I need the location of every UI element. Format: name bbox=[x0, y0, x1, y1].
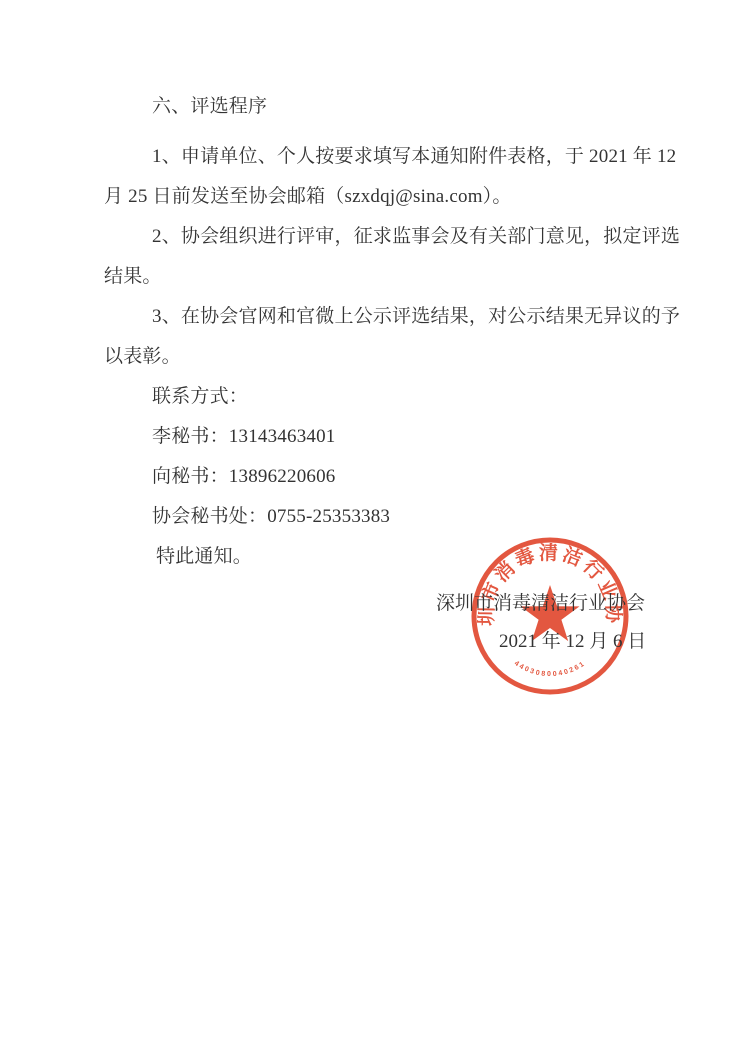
paragraph-2-line-1: 2、协会组织进行评审，征求监事会及有关部门意见，拟定评选 bbox=[104, 217, 664, 257]
document-body: 六、评选程序 1、申请单位、个人按要求填写本通知附件表格，于 2021 年 12… bbox=[104, 87, 664, 577]
document-page: 六、评选程序 1、申请单位、个人按要求填写本通知附件表格，于 2021 年 12… bbox=[0, 0, 750, 1060]
signature-organization: 深圳市消毒清洁行业协会 bbox=[436, 593, 645, 615]
signature-date: 2021 年 12 月 6 日 bbox=[499, 631, 646, 653]
contact-secretariat: 协会秘书处：0755-25353383 bbox=[104, 497, 664, 537]
contact-xiang-secretary: 向秘书：13896220606 bbox=[104, 457, 664, 497]
contact-li-secretary: 李秘书：13143463401 bbox=[104, 417, 664, 457]
paragraph-2-line-2: 结果。 bbox=[104, 257, 664, 297]
section-heading: 六、评选程序 bbox=[104, 87, 664, 127]
closing-remark: 特此通知。 bbox=[104, 537, 664, 577]
paragraph-1-line-1: 1、申请单位、个人按要求填写本通知附件表格，于 2021 年 12 bbox=[104, 137, 664, 177]
seal-serial-number: 4403080040261 bbox=[513, 660, 587, 678]
paragraph-3-line-2: 以表彰。 bbox=[104, 337, 664, 377]
contact-label: 联系方式： bbox=[104, 377, 664, 417]
paragraph-3-line-1: 3、在协会官网和官微上公示评选结果，对公示结果无异议的予 bbox=[104, 297, 664, 337]
paragraph-1-line-2: 月 25 日前发送至协会邮箱（szxdqj@sina.com）。 bbox=[104, 177, 664, 217]
